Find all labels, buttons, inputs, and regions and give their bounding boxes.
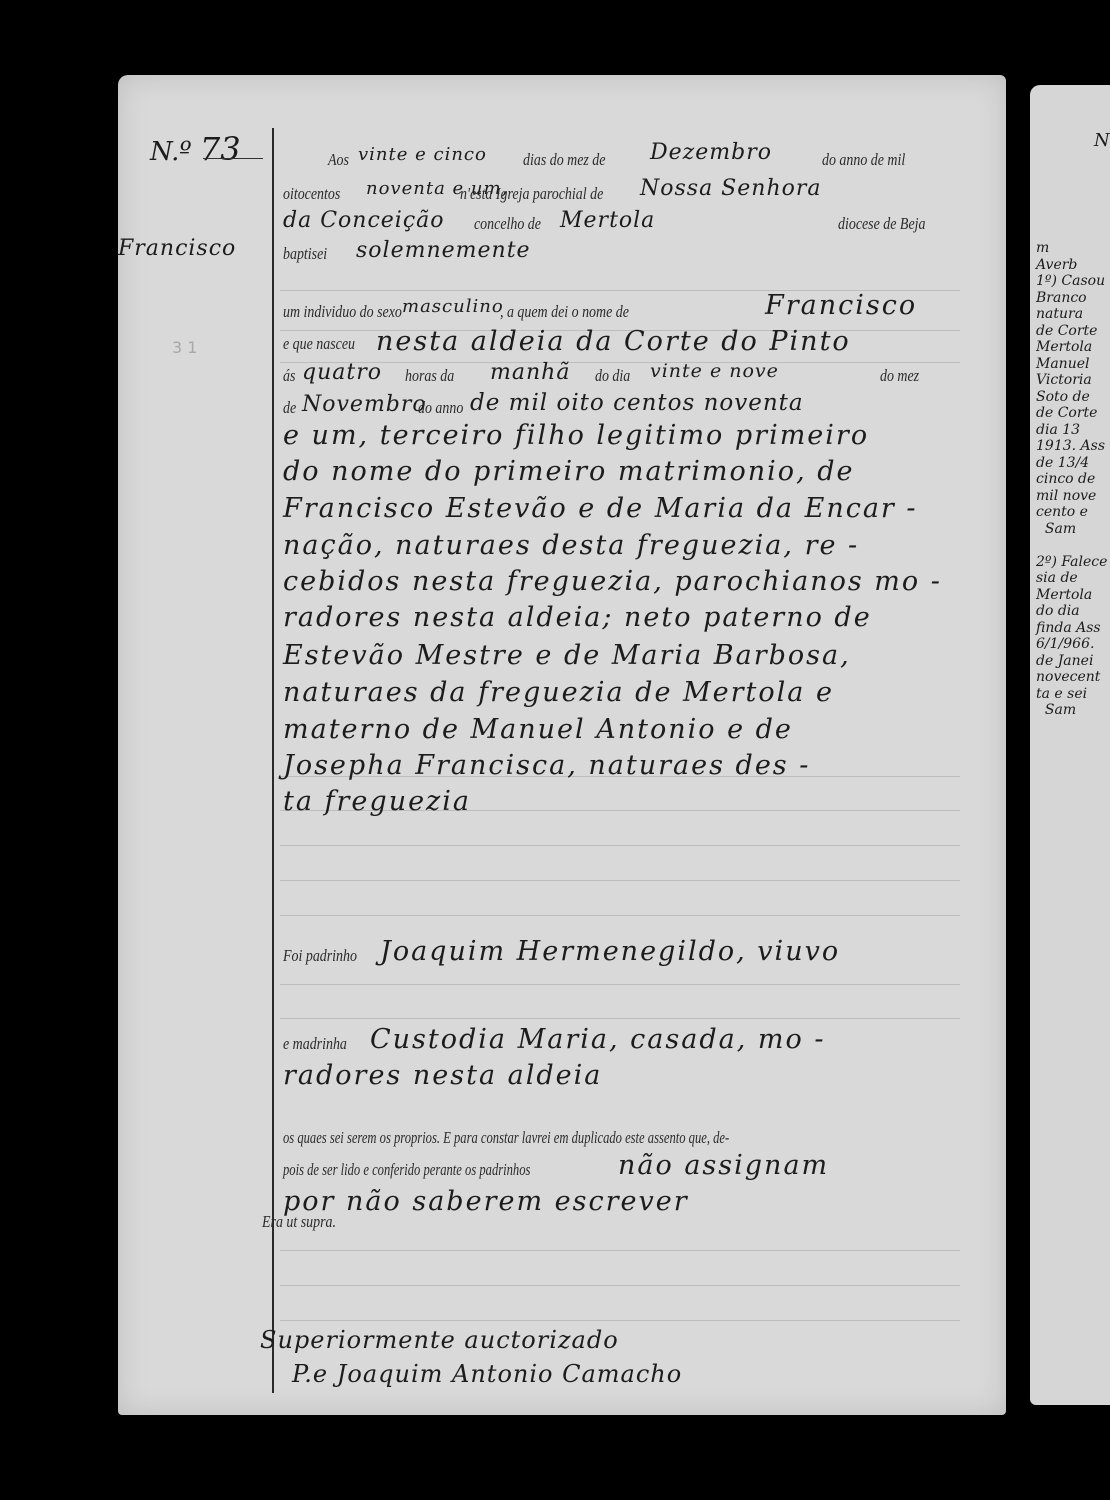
ruled-line [280, 1018, 960, 1019]
handwritten-day: vinte e cinco [358, 144, 487, 165]
body-line: Francisco Estevão e de Maria da Encar - [283, 493, 918, 524]
body-line: ta freguezia [283, 786, 471, 817]
printed-text: baptisei [283, 244, 327, 264]
ruled-line [280, 915, 960, 916]
body-line: radores nesta aldeia; neto paterno de [283, 602, 872, 633]
closing-text: os quaes sei serem os proprios. E para c… [283, 1128, 729, 1148]
ruled-line [280, 880, 960, 881]
handwritten-parish-2: da Conceição [283, 208, 445, 233]
handwritten-sex: masculino [402, 296, 504, 317]
body-line: naturaes da freguezia de Mertola e [283, 677, 834, 708]
madrinha-residence: radores nesta aldeia [283, 1060, 602, 1091]
handwritten-birth-day: vinte e nove [650, 360, 779, 382]
madrinha-label: e madrinha [283, 1034, 347, 1054]
ruled-line [280, 1320, 960, 1321]
printed-text: ás [283, 366, 295, 386]
padrinho-label: Foi padrinho [283, 946, 357, 966]
printed-text: do anno de mil [822, 150, 905, 170]
body-line: e um, terceiro filho legitimo primeiro [283, 420, 869, 451]
era-ut-supra: Era ut supra. [262, 1212, 336, 1232]
printed-text: n'esta Igreja parochial de [460, 184, 603, 204]
handwritten-hour: quatro [302, 360, 382, 385]
pencil-mark: 3 1 [172, 338, 197, 357]
handwritten-concelho: Mertola [560, 208, 655, 233]
printed-text: e que nasceu [283, 334, 355, 354]
handwritten-month: Dezembro [650, 140, 772, 165]
body-line: do nome do primeiro matrimonio, de [283, 456, 855, 487]
madrinha-value: Custodia Maria, casada, mo - [370, 1024, 825, 1055]
printed-text: de [283, 398, 296, 418]
printed-text: , a quem dei o nome de [500, 302, 629, 322]
priest-signature: P.e Joaquim Antonio Camacho [292, 1360, 682, 1388]
printed-text: diocese de Beja [838, 214, 925, 234]
adjacent-page-number: N [1094, 130, 1110, 151]
margin-name: Francisco [118, 236, 236, 261]
handwritten-morning: manhã [490, 360, 570, 385]
printed-text: do anno [418, 398, 463, 418]
printed-text: horas da [405, 366, 454, 386]
body-line: Josepha Francisca, naturaes des - [283, 750, 810, 781]
printed-text: dias do mez de [523, 150, 605, 170]
printed-text: do dia [595, 366, 630, 386]
handwritten-given-name: Francisco [765, 290, 917, 321]
body-line: Estevão Mestre e de Maria Barbosa, [283, 640, 851, 671]
adjacent-page-annotation: m Averb 1º) Casou Branco natura de Corte… [1036, 240, 1107, 719]
printed-text: do mez [880, 366, 919, 386]
printed-text: concelho de [474, 214, 541, 234]
ruled-line [280, 984, 960, 985]
handwritten-birthplace: nesta aldeia da Corte do Pinto [376, 326, 851, 357]
printed-text: um individuo do sexo [283, 302, 402, 322]
ruled-line [280, 1250, 960, 1251]
handwritten-birth-year: de mil oito centos noventa [470, 390, 804, 416]
entry-number-underline [203, 158, 263, 159]
entry-number-label: N.º 73 [150, 130, 241, 168]
handwritten-cannot-write: por não saberem escrever [283, 1186, 689, 1217]
ruled-line [280, 1285, 960, 1286]
handwritten-solemnly: solemnemente [356, 238, 531, 263]
entry-number: 73 [200, 130, 241, 168]
margin-rule [272, 128, 274, 1393]
body-line: nação, naturaes desta freguezia, re - [283, 530, 859, 561]
ruled-line [280, 845, 960, 846]
signature-authorization: Superiormente auctorizado [260, 1326, 619, 1354]
body-line: cebidos nesta freguezia, parochianos mo … [283, 566, 942, 597]
padrinho-value: Joaquim Hermenegildo, viuvo [380, 936, 840, 967]
body-line: materno de Manuel Antonio e de [283, 714, 793, 745]
closing-text: pois de ser lido e conferido perante os … [283, 1160, 530, 1180]
handwritten-birth-month: Novembro [302, 392, 427, 417]
handwritten-no-sign: não assignam [618, 1150, 829, 1181]
printed-text: Aos [328, 150, 349, 170]
handwritten-parish: Nossa Senhora [640, 176, 822, 201]
printed-text: oitocentos [283, 184, 340, 204]
ruled-line [280, 362, 960, 363]
